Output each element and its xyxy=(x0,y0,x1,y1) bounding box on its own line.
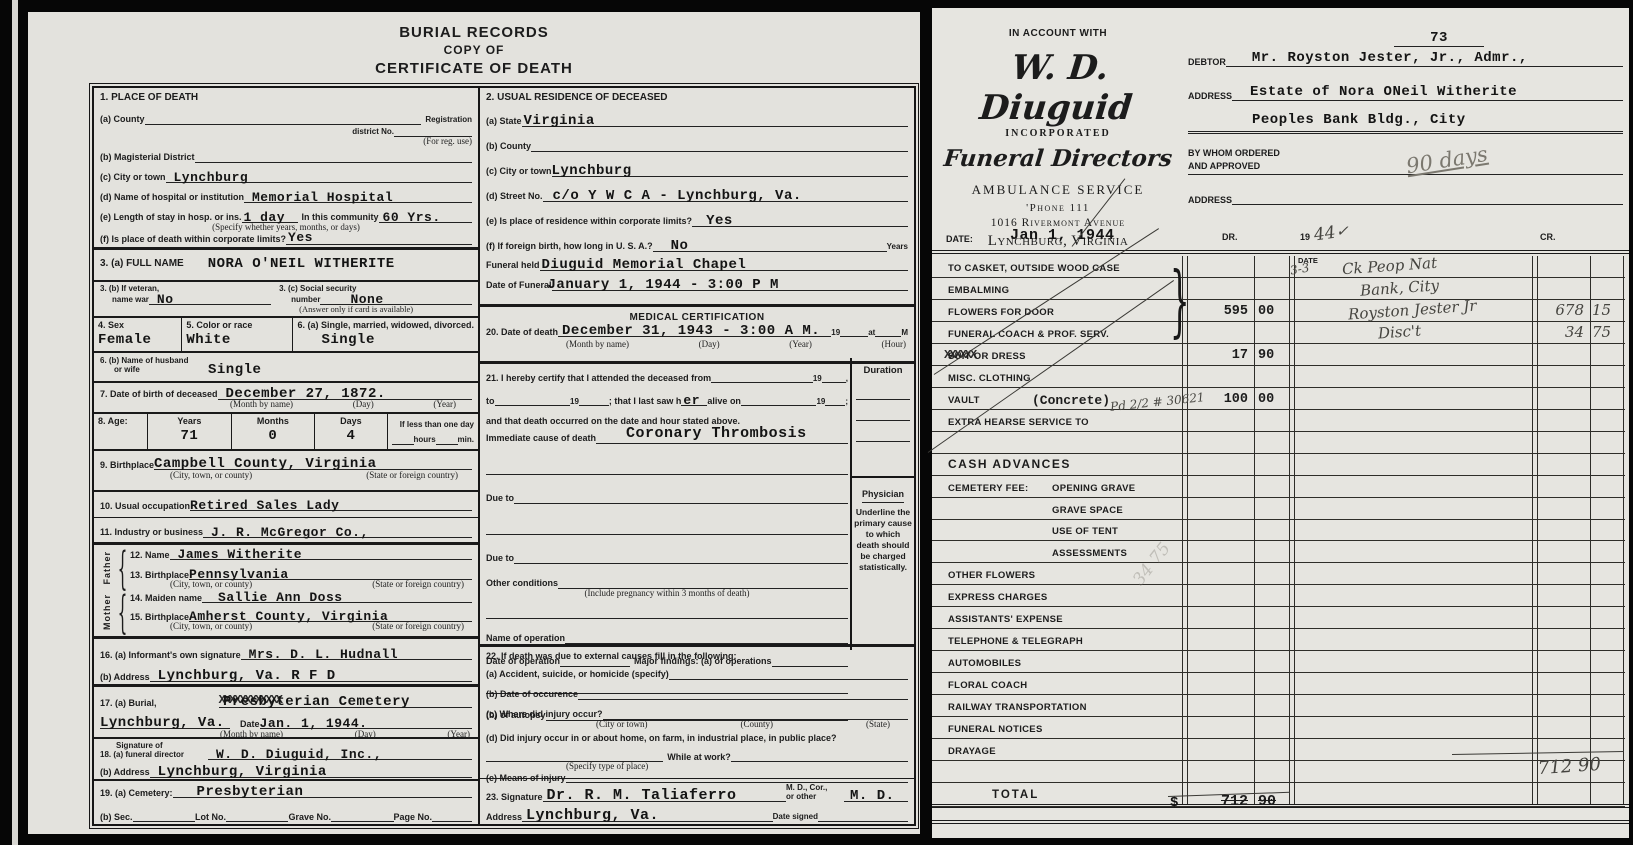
industry-value: J. R. McGregor Co., xyxy=(211,526,369,539)
approver-address-label: ADDRESS xyxy=(1188,195,1232,205)
mother-birthplace-value: Amherst County, Virginia xyxy=(189,610,388,623)
city-or-town-line: Lynchburg xyxy=(166,172,473,183)
length-of-stay-label: (e) Length of stay in hosp. or ins. xyxy=(100,212,242,222)
funeral-date-label: Date of Funeral xyxy=(486,280,552,290)
hours-label: hours xyxy=(414,436,436,445)
ledger-row-7: EXTRA HEARSE SERVICE TO xyxy=(932,410,1625,432)
ledger-row-15: EXPRESS CHARGES xyxy=(932,585,1625,607)
burial-place-line: Lynchburg, Va. xyxy=(100,718,230,729)
other-conditions-label: Other conditions xyxy=(486,578,558,588)
father-name-line: James Witherite xyxy=(170,549,472,560)
header-separator-rule xyxy=(932,250,1629,254)
specify-place-sub: (Specify type of place) xyxy=(566,762,648,771)
due-to-1-label: Due to xyxy=(486,493,514,503)
lot-no-label: Lot No. xyxy=(195,812,226,822)
place-of-death-heading: 1. PLACE OF DEATH xyxy=(100,92,472,104)
section-occupation: 10. Usual occupationRetired Sales Lady xyxy=(94,492,478,517)
mother-name-value: Sallie Ann Doss xyxy=(218,591,343,604)
debtor-label: DEBTOR xyxy=(1188,57,1226,67)
sec-label: (b) Sec. xyxy=(100,812,133,822)
street-no-label: (d) Street No. xyxy=(486,191,543,201)
section-sex-race-marital: 4. SexFemale 5. Color or raceWhite 6. (a… xyxy=(94,318,478,353)
birthdate-label: 7. Date of birth of deceased xyxy=(100,389,218,399)
birthdate-line: December 27, 1872. xyxy=(218,389,472,400)
residence-city-line: Lynchburg xyxy=(552,166,909,177)
duration-label: Duration xyxy=(852,366,914,377)
residence-city-label: (c) City or town xyxy=(486,166,552,176)
pregnancy-sub: (Include pregnancy within 3 months of de… xyxy=(585,589,750,598)
county-line xyxy=(145,114,422,125)
less-than-day-label: If less than one day xyxy=(400,421,474,430)
burial-place-value: Lynchburg, Va. xyxy=(100,716,225,730)
sex-value: Female xyxy=(98,332,151,348)
funeral-directors-script: Funeral Directors xyxy=(931,145,1186,172)
ledger-row-1: EMBALMINGBank, City xyxy=(932,278,1625,300)
city-or-town-value: Lynchburg xyxy=(174,171,249,184)
street-no-line: c/o Y W C A - Lynchburg, Va. xyxy=(543,191,908,202)
mother-name-label: 14. Maiden name xyxy=(130,593,202,603)
ledger-row-3: FUNERAL COACH & PROF. SERV.Disc't3475 xyxy=(932,322,1625,344)
for-reg-use-sub: (For reg. use) xyxy=(423,137,472,146)
certificate-page: BURIAL RECORDS COPY OF CERTIFICATE OF DE… xyxy=(28,12,920,834)
physician-address-label: Address xyxy=(486,812,522,822)
birthplace-value: Campbell County, Virginia xyxy=(154,457,377,471)
invoice-page: IN ACCOUNT WITH W. D. Diuguid INCORPORAT… xyxy=(932,8,1629,838)
ordered-by-label: BY WHOM ORDERED AND APPROVED xyxy=(1188,148,1280,172)
informant-address-label: (b) Address xyxy=(100,672,150,682)
registration-label: Registration xyxy=(425,116,472,125)
section-full-name: 3. (a) FULL NAMENORA O'NEIL WITHERITE xyxy=(94,250,478,282)
hospital-label: (d) Name of hospital or institution xyxy=(100,192,244,202)
cemetery-line: Presbyterian xyxy=(173,787,472,798)
father-name-value: James Witherite xyxy=(178,548,303,561)
fd-address-value: Lynchburg, Virginia xyxy=(158,765,327,779)
dod-19-label: 19 xyxy=(831,329,840,338)
certificate-right-column: 2. USUAL RESIDENCE OF DECEASED (a) State… xyxy=(478,88,914,824)
in-community-value: 60 Yrs. xyxy=(383,211,441,224)
burial-date-label: Date xyxy=(240,719,260,729)
corporate-limits-line: Yes xyxy=(286,234,472,245)
city-or-town-label: (c) City or town xyxy=(100,172,166,182)
foreign-birth-value: No xyxy=(671,239,689,253)
section-residence: 2. USUAL RESIDENCE OF DECEASED (a) State… xyxy=(480,88,914,307)
certificate-form: 1. PLACE OF DEATH (a) County Registratio… xyxy=(92,86,916,826)
funeral-held-label: Funeral held xyxy=(486,260,540,270)
father-birthplace-line: Pennsylvania xyxy=(189,569,472,580)
residence-county-label: (b) County xyxy=(486,141,531,151)
ledger: DATE TO CASKET, OUTSIDE WOOD CASE3-3Ck P… xyxy=(932,256,1629,808)
spouse-area: Single xyxy=(196,364,472,375)
county-label: (a) County xyxy=(100,114,145,124)
ordered-by-line xyxy=(1188,174,1623,175)
ambulance-service: AMBULANCE SERVICE xyxy=(932,182,1184,198)
burial-sub-month: (Month by name) xyxy=(220,730,283,739)
residence-corp-limits-value: Yes xyxy=(706,214,733,228)
dr-label: DR. xyxy=(1222,232,1238,242)
company-name-script: W. D. Diuguid xyxy=(928,48,1188,128)
corporate-limits-value: Yes xyxy=(288,231,313,244)
ledger-row-20: RAILWAY TRANSPORTATION xyxy=(932,695,1625,717)
birthdate-sub-year: (Year) xyxy=(433,400,456,409)
street-no-value: c/o Y W C A - Lynchburg, Va. xyxy=(553,189,802,203)
section-signature: 23. Signature Dr. R. M. Taliaferro M. D.… xyxy=(480,779,914,824)
fd-address-label: (b) Address xyxy=(100,767,150,777)
injury-where-label: (c) Where did injury occur? xyxy=(486,709,603,719)
physician-note: Underline the primary cause to which dea… xyxy=(854,507,912,573)
medical-certification-heading: MEDICAL CERTIFICATION xyxy=(629,312,764,323)
injury-sub-county: (County) xyxy=(741,720,774,729)
age-months-value: 0 xyxy=(268,428,277,444)
funeral-director-value: W. D. Diuguid, Inc., xyxy=(216,748,382,761)
residence-corp-limits-line: Yes xyxy=(692,216,908,227)
total-dollar-sign: $ xyxy=(1170,796,1179,810)
section-cemetery: 19. (a) Cemetery:Presbyterian (b) Sec. L… xyxy=(94,781,478,824)
birthplace-label: 9. Birthplace xyxy=(100,460,154,470)
accident-label: (a) Accident, suicide, or homicide (spec… xyxy=(486,669,669,679)
title-line-3: CERTIFICATE OF DEATH xyxy=(28,60,920,77)
funeral-date-value: January 1, 1944 - 3:00 P M xyxy=(548,278,779,292)
foreign-birth-line: No xyxy=(653,241,887,252)
cause-label: Immediate cause of death xyxy=(486,433,596,443)
age-years-label: Years xyxy=(150,416,228,426)
birthplace-sub-2: (State or foreign country) xyxy=(366,471,458,480)
section-place-of-death: 1. PLACE OF DEATH (a) County Registratio… xyxy=(94,88,478,250)
dod-sub-hour: (Hour) xyxy=(881,340,906,349)
foreign-years-label: Years xyxy=(887,243,908,252)
birthplace-sub-1: (City, town, or county) xyxy=(170,471,252,480)
signature-line: Dr. R. M. Taliaferro xyxy=(543,791,786,802)
father-birthplace-sub2: (State or foreign country) xyxy=(372,580,464,589)
date-signed-label: Date signed xyxy=(773,813,818,822)
certificate-left-column: 1. PLACE OF DEATH (a) County Registratio… xyxy=(94,88,478,824)
section-informant: 16. (a) Informant's own signatureMrs. D.… xyxy=(94,639,478,687)
ss-value: None xyxy=(350,293,383,306)
dod-m-label: M xyxy=(901,329,908,338)
ninety-days-note: 90 days xyxy=(1405,144,1489,178)
residence-state-line: Virginia xyxy=(522,116,908,127)
informant-value: Mrs. D. L. Hudnall xyxy=(249,648,398,661)
informant-address-line: Lynchburg, Va. R F D xyxy=(150,671,472,682)
ledger-row-total: TOTAL $ 712 90 xyxy=(932,783,1625,807)
magisterial-district-label: (b) Magisterial District xyxy=(100,152,195,162)
due-to-2-label: Due to xyxy=(486,553,514,563)
age-days-label: Days xyxy=(317,416,385,426)
debtor-address-line-2: Peoples Bank Bldg., City xyxy=(1188,120,1623,134)
industry-line: J. R. McGregor Co., xyxy=(203,527,472,538)
residence-heading: 2. USUAL RESIDENCE OF DECEASED xyxy=(486,92,908,104)
age-days-value: 4 xyxy=(346,428,355,444)
ledger-row-2: FLOWERS FOR DOOR59500Royston Jester Jr67… xyxy=(932,300,1625,322)
debtor-line: Mr. Royston Jester, Jr., Admr., xyxy=(1226,56,1623,67)
age-months-label: Months xyxy=(234,416,312,426)
marital-value: Single xyxy=(321,332,374,348)
ledger-row-17: TELEPHONE & TELEGRAPH xyxy=(932,629,1625,651)
injury-sub-state: (State) xyxy=(866,720,890,729)
section-external-causes: 22. If death was due to external causes … xyxy=(480,647,914,779)
date-of-death-line: December 31, 1943 - 3:00 A M. xyxy=(558,326,831,337)
injury-home-label: (d) Did injury occur in or about home, o… xyxy=(486,733,908,743)
duration-physician-sidebar: Duration Physician Underline the primary… xyxy=(850,358,914,650)
race-value: White xyxy=(186,332,231,348)
section-spouse: 6. (b) Name of husbandor wife Single xyxy=(94,353,478,382)
industry-label: 11. Industry or business xyxy=(100,527,203,537)
physician-label: Physician xyxy=(862,489,904,502)
sex-label: 4. Sex xyxy=(98,320,177,330)
informant-address-value: Lynchburg, Va. R F D xyxy=(158,669,336,683)
account-number: 73 xyxy=(1430,30,1448,46)
section-burial: 17. (a) Burial, XXXXXXXXXXXX Presbyteria… xyxy=(94,687,478,739)
date-of-death-label: 20. Date of death xyxy=(486,327,558,337)
ledger-row-6: VAULT(Concrete)Pd 2/2 # 3062110000 xyxy=(932,388,1625,410)
mother-birthplace-line: Amherst County, Virginia xyxy=(189,611,472,622)
scan-edge-sliver xyxy=(12,0,18,845)
date-of-death-value: December 31, 1943 - 3:00 A M. xyxy=(562,324,820,338)
length-of-stay-value: 1 day xyxy=(244,211,286,224)
physician-box: Physician Underline the primary cause to… xyxy=(852,478,914,579)
year-printed: 19 xyxy=(1300,232,1310,242)
check-mark: ✓ xyxy=(1336,224,1349,239)
residence-corp-limits-label: (e) Is place of residence within corpora… xyxy=(486,216,692,226)
grave-no-label: Grave No. xyxy=(288,812,331,822)
ledger-row-4: SUIT OR DRESSXXXXXX1790 xyxy=(932,344,1625,366)
burial-label: 17. (a) Burial, xyxy=(100,698,157,708)
corporate-limits-label: (f) Is place of death within corporate l… xyxy=(100,234,286,244)
page-bottom-rule xyxy=(932,820,1629,824)
full-name-area: NORA O'NEIL WITHERITE xyxy=(184,258,472,269)
specify-years-sub: (Specify whether years, months, or days) xyxy=(212,223,360,232)
burial-date-value: Jan. 1, 1944. xyxy=(260,717,368,730)
section-industry: 11. Industry or businessJ. R. McGregor C… xyxy=(94,518,478,545)
full-name-value: NORA O'NEIL WITHERITE xyxy=(208,257,395,271)
burial-sub-year: (Year) xyxy=(447,730,470,739)
funeral-date-line: January 1, 1944 - 3:00 P M xyxy=(552,280,908,291)
mother-label: Mother xyxy=(102,594,112,630)
md-cor-label: M. D., Cor.,or other xyxy=(786,784,844,802)
certify-19c: 19 xyxy=(816,398,825,407)
debtor-address-line: Estate of Nora ONeil Witherite xyxy=(1232,90,1623,101)
ledger-row-11: GRAVE SPACE xyxy=(932,498,1625,520)
signature-label: 23. Signature xyxy=(486,792,543,802)
residence-state-label: (a) State xyxy=(486,116,522,126)
fd-address-line: Lynchburg, Virginia xyxy=(150,767,472,778)
certify-semicolon: ; xyxy=(845,398,848,407)
cemetery-label: 19. (a) Cemetery: xyxy=(100,788,173,798)
occupation-line: Retired Sales Lady xyxy=(190,500,472,511)
name-war-label: name war xyxy=(112,296,149,305)
debtor-value: Mr. Royston Jester, Jr., Admr., xyxy=(1252,51,1528,65)
debtor-address-value-1: Estate of Nora ONeil Witherite xyxy=(1250,85,1517,99)
section-veteran-ss: 3. (b) If veteran, name warNo 3. (c) Soc… xyxy=(94,282,478,318)
father-label: Father xyxy=(102,551,112,585)
certificate-title: BURIAL RECORDS COPY OF CERTIFICATE OF DE… xyxy=(28,24,920,77)
certify-comma: , xyxy=(846,375,848,384)
physician-address-value: Lynchburg, Va. xyxy=(526,808,659,823)
section-age: 8. Age: Years71 Months0 Days4 If less th… xyxy=(94,414,478,451)
page-no-label: Page No. xyxy=(394,812,433,822)
hospital-value: Memorial Hospital xyxy=(252,191,393,204)
ledger-row-13: ASSESSMENTS xyxy=(932,541,1625,563)
medical-certification-heading-row: MEDICAL CERTIFICATION xyxy=(480,307,914,324)
section-funeral-director: Signature of18. (a) funeral director W. … xyxy=(94,739,478,781)
ledger-row-23 xyxy=(932,761,1625,783)
burial-sub-day: (Day) xyxy=(355,730,376,739)
ss-number-line: None xyxy=(320,294,472,305)
external-causes-heading: 22. If death was due to external causes … xyxy=(486,651,908,661)
informant-label: 16. (a) Informant's own signature xyxy=(100,650,241,660)
marital-label: 6. (a) Single, married, widowed, divorce… xyxy=(297,320,474,330)
dod-sub-month: (Month by name) xyxy=(566,340,629,349)
foreign-birth-label: (f) If foreign birth, how long in U. S. … xyxy=(486,241,653,251)
occupation-value: Retired Sales Lady xyxy=(190,499,339,512)
section-birthplace: 9. BirthplaceCampbell County, Virginia (… xyxy=(94,451,478,492)
while-at-work-label: While at work? xyxy=(667,752,731,762)
handwritten-total: 712 90 xyxy=(1537,756,1601,778)
section-birthdate: 7. Date of birth of deceasedDecember 27,… xyxy=(94,383,478,414)
residence-state-value: Virginia xyxy=(524,114,595,128)
min-label: min. xyxy=(458,436,474,445)
cr-label: CR. xyxy=(1540,232,1556,242)
in-community-line: 60 Yrs. xyxy=(379,212,472,223)
certify-lastsaw: ; that I last saw h xyxy=(609,396,682,406)
ledger-row-14: OTHER FLOWERS xyxy=(932,563,1625,585)
ledger-row-10: CEMETERY FEE:OPENING GRAVE xyxy=(932,476,1625,498)
invoice-date-value: Jan 1, 1944 xyxy=(1010,228,1115,243)
burial-value: Presbyterian Cemetery xyxy=(223,695,410,709)
father-birthplace-value: Pennsylvania xyxy=(189,568,289,581)
ledger-row-9: CASH ADVANCES xyxy=(932,454,1625,476)
district-no-line xyxy=(394,126,472,137)
name-war-line: No xyxy=(149,294,271,305)
year-handwritten: 44 xyxy=(1313,225,1337,245)
residence-city-value: Lynchburg xyxy=(552,164,632,178)
race-label: 5. Color or race xyxy=(186,320,288,330)
debtor-address-label: ADDRESS xyxy=(1188,91,1232,101)
ledger-row-8 xyxy=(932,432,1625,454)
veteran-value: No xyxy=(157,293,174,306)
spouse-label: 6. (b) Name of husbandor wife xyxy=(100,357,196,375)
cemetery-value: Presbyterian xyxy=(197,785,304,799)
signature-value: Dr. R. M. Taliaferro xyxy=(547,788,737,803)
length-of-stay-line: 1 day xyxy=(242,212,298,223)
funeral-director-line: W. D. Diuguid, Inc., xyxy=(208,749,472,760)
in-account-with: IN ACCOUNT WITH xyxy=(932,28,1184,40)
certify-er-value: er xyxy=(683,394,700,407)
residence-county-line xyxy=(531,141,908,152)
occurrence-date-label: (b) Date of occurence xyxy=(486,689,578,699)
dod-sub-year: (Year) xyxy=(789,340,812,349)
ledger-row-12: USE OF TENT xyxy=(932,519,1625,541)
age-years-value: 71 xyxy=(180,428,198,444)
spouse-value: Single xyxy=(208,363,261,377)
duration-box: Duration xyxy=(852,366,914,478)
certify-19a: 19 xyxy=(813,375,822,384)
operation-name-label: Name of operation xyxy=(486,633,565,643)
burial-date-line: Jan. 1, 1944. xyxy=(260,718,472,729)
title-line-2: COPY OF xyxy=(28,44,920,58)
cause-value: Coronary Thrombosis xyxy=(626,426,807,441)
physician-address-line: Lynchburg, Va. xyxy=(522,811,773,822)
ledger-row-18: AUTOMOBILES xyxy=(932,651,1625,673)
mother-name-line: Sallie Ann Doss xyxy=(202,592,472,603)
informant-line: Mrs. D. L. Hudnall xyxy=(241,649,472,660)
cause-line: Coronary Thrombosis xyxy=(596,433,848,444)
invoice-date-row: DATE: Jan 1, 1944 DR. 19 44 ✓ CR. xyxy=(932,222,1629,250)
age-label: 8. Age: xyxy=(98,416,143,426)
funeral-director-label: Signature of18. (a) funeral director xyxy=(100,742,208,760)
ledger-group-brace: } xyxy=(1170,255,1190,346)
injury-sub-city: (City or town) xyxy=(596,720,648,729)
funeral-held-value: Diuguid Memorial Chapel xyxy=(542,258,747,272)
ledger-row-0: TO CASKET, OUTSIDE WOOD CASE3-3Ck Peop N… xyxy=(932,256,1625,278)
certify-aliveon: alive on xyxy=(707,396,741,406)
dod-at-label: at xyxy=(868,329,875,338)
veteran-label: 3. (b) If veteran, xyxy=(100,285,271,294)
in-community-label: In this community xyxy=(302,212,379,222)
occupation-label: 10. Usual occupation xyxy=(100,501,190,511)
certify-19b: 19 xyxy=(570,398,579,407)
dod-sub-day: (Day) xyxy=(699,340,720,349)
invoice-date-label: DATE: xyxy=(946,234,973,244)
phone-line: 'Phone 111 xyxy=(932,202,1184,214)
birthdate-value: December 27, 1872. xyxy=(226,387,386,401)
certify-to: to xyxy=(486,396,495,406)
ledger-row-22: DRAYAGE xyxy=(932,739,1625,761)
section-date-of-death: 20. Date of death December 31, 1943 - 3:… xyxy=(480,324,914,364)
burial-line: Presbyterian Cemetery xyxy=(219,697,472,708)
funeral-held-line: Diuguid Memorial Chapel xyxy=(540,260,908,271)
section-certify: 21. I hereby certify that I attended the… xyxy=(480,364,914,647)
debtor-address-value-2: Peoples Bank Bldg., City xyxy=(1252,113,1466,127)
approver-address-line xyxy=(1232,194,1623,205)
certify-line1: 21. I hereby certify that I attended the… xyxy=(486,373,711,383)
district-no-label: district No. xyxy=(352,128,394,137)
mother-brace: { xyxy=(118,586,127,639)
ledger-row-16: ASSISTANTS' EXPENSE xyxy=(932,607,1625,629)
incorporated-label: INCORPORATED xyxy=(932,128,1184,139)
hospital-line: Memorial Hospital xyxy=(244,192,472,203)
father-name-label: 12. Name xyxy=(130,550,170,560)
magisterial-district-line xyxy=(195,152,472,163)
section-parents: Father Mother { { 12. NameJames Witherit… xyxy=(94,545,478,639)
birthplace-line: Campbell County, Virginia xyxy=(154,459,472,470)
title-line-1: BURIAL RECORDS xyxy=(28,24,920,41)
full-name-label: 3. (a) FULL NAME xyxy=(100,258,184,270)
invoice-company-block: IN ACCOUNT WITH W. D. Diuguid INCORPORAT… xyxy=(932,8,1184,250)
ledger-row-19: FLORAL COACH xyxy=(932,673,1625,695)
md-value: M. D. xyxy=(850,789,895,803)
ledger-row-21: FUNERAL NOTICES xyxy=(932,717,1625,739)
